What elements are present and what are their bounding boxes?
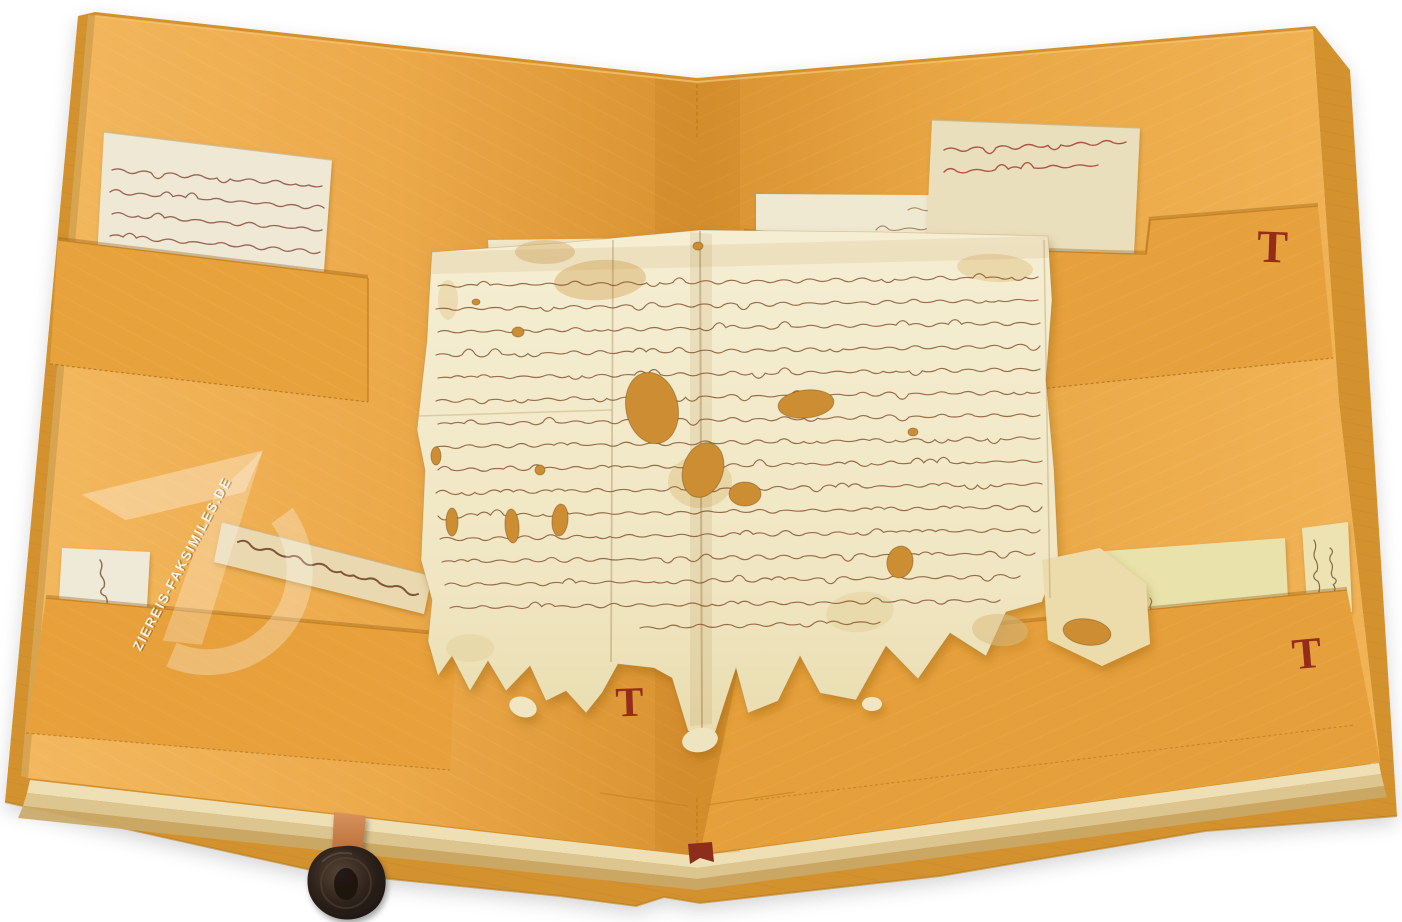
initial-letter-bottom-pocket: T: [1290, 628, 1324, 679]
initial-letter-top-pocket: T: [1256, 220, 1288, 272]
letter-hole: [512, 327, 524, 337]
letter-hole: [535, 465, 545, 475]
letter-hole: [729, 482, 761, 506]
letter-hole: [431, 447, 441, 465]
parchment-stain: [438, 280, 458, 320]
letter-fragment: [862, 697, 882, 711]
letter-hole: [693, 242, 703, 250]
parchment-stain: [446, 634, 494, 662]
facsimile-photo: T T: [0, 0, 1402, 922]
initial-letter-left-page: T: [615, 680, 645, 727]
letter-hole: [446, 508, 458, 536]
letter-hole: [908, 428, 918, 436]
letter-hole: [472, 299, 480, 305]
